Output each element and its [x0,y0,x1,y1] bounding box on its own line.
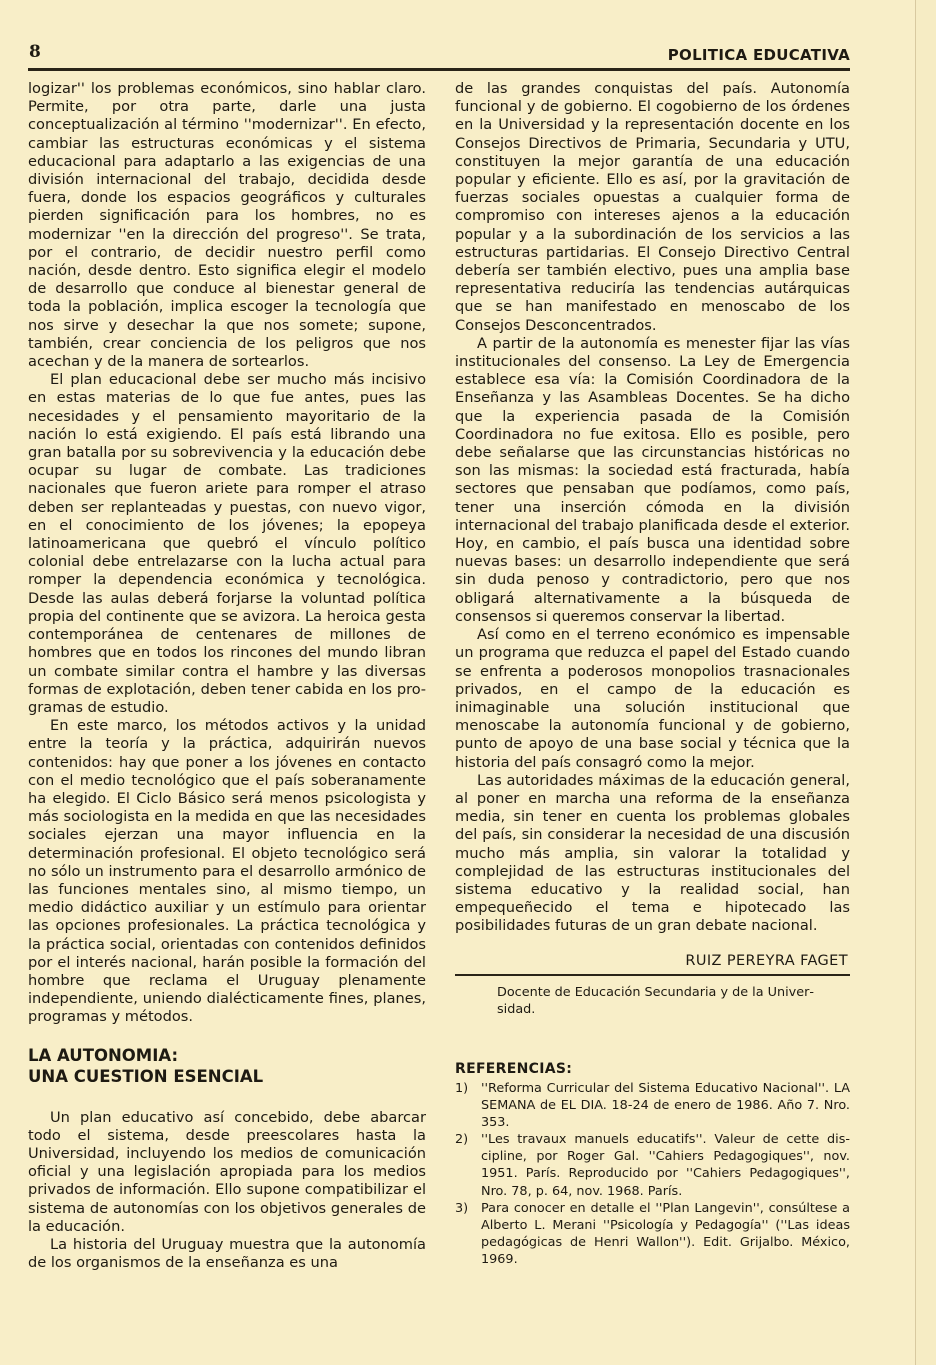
signature-rule [455,974,850,976]
reference-text: Para conocer en detalle el ''Plan Langev… [481,1200,850,1268]
subheading-line-2: UNA CUESTION ESENCIAL [28,1066,426,1087]
paragraph: En este marco, los métodos activos y la … [28,717,426,1026]
reference-item: 3) Para conocer en detalle el ''Plan Lan… [455,1200,850,1268]
page-header: 8 POLITICA EDUCATIVA [28,42,850,64]
magazine-page: 8 POLITICA EDUCATIVA logizar'' los probl… [0,0,916,1365]
paragraph: Las autoridades máximas de la educación … [455,772,850,936]
page-number: 8 [29,42,41,62]
left-column: logizar'' los problemas económicos, sino… [28,80,426,1272]
paragraph: El plan educacional debe ser mucho más i… [28,371,426,717]
reference-item: 2) ''Les travaux manuels educatifs''. Va… [455,1131,850,1199]
author-signature: RUIZ PEREYRA FAGET [455,952,850,970]
paragraph: Así como en el terreno económico es impe… [455,626,850,772]
reference-number: 2) [455,1131,481,1199]
reference-item: 1) ''Reforma Curricular del Sistema Educ… [455,1080,850,1131]
paragraph: La historia del Uruguay muestra que la a… [28,1236,426,1272]
paragraph: A partir de la autonomía es menester fij… [455,335,850,626]
reference-number: 3) [455,1200,481,1268]
reference-number: 1) [455,1080,481,1131]
references-list: 1) ''Reforma Curricular del Sistema Educ… [455,1080,850,1268]
paragraph: Un plan educativo así concebido, debe ab… [28,1109,426,1236]
reference-text: ''Reforma Curricular del Sistema Educati… [481,1080,850,1131]
header-rule [28,68,850,71]
paragraph: logizar'' los problemas económicos, sino… [28,80,426,371]
subheading: LA AUTONOMIA: UNA CUESTION ESENCIAL [28,1045,426,1087]
section-title: POLITICA EDUCATIVA [668,46,850,64]
subheading-line-1: LA AUTONOMIA: [28,1045,426,1066]
reference-text: ''Les travaux manuels educatifs''. Valeu… [481,1131,850,1199]
right-column: de las grandes conquistas del país. Auto… [455,80,850,1268]
references-title: REFERENCIAS: [455,1060,850,1078]
paragraph: de las grandes conquistas del país. Auto… [455,80,850,335]
author-affiliation: Docente de Educación Secundaria y de la … [455,984,850,1018]
